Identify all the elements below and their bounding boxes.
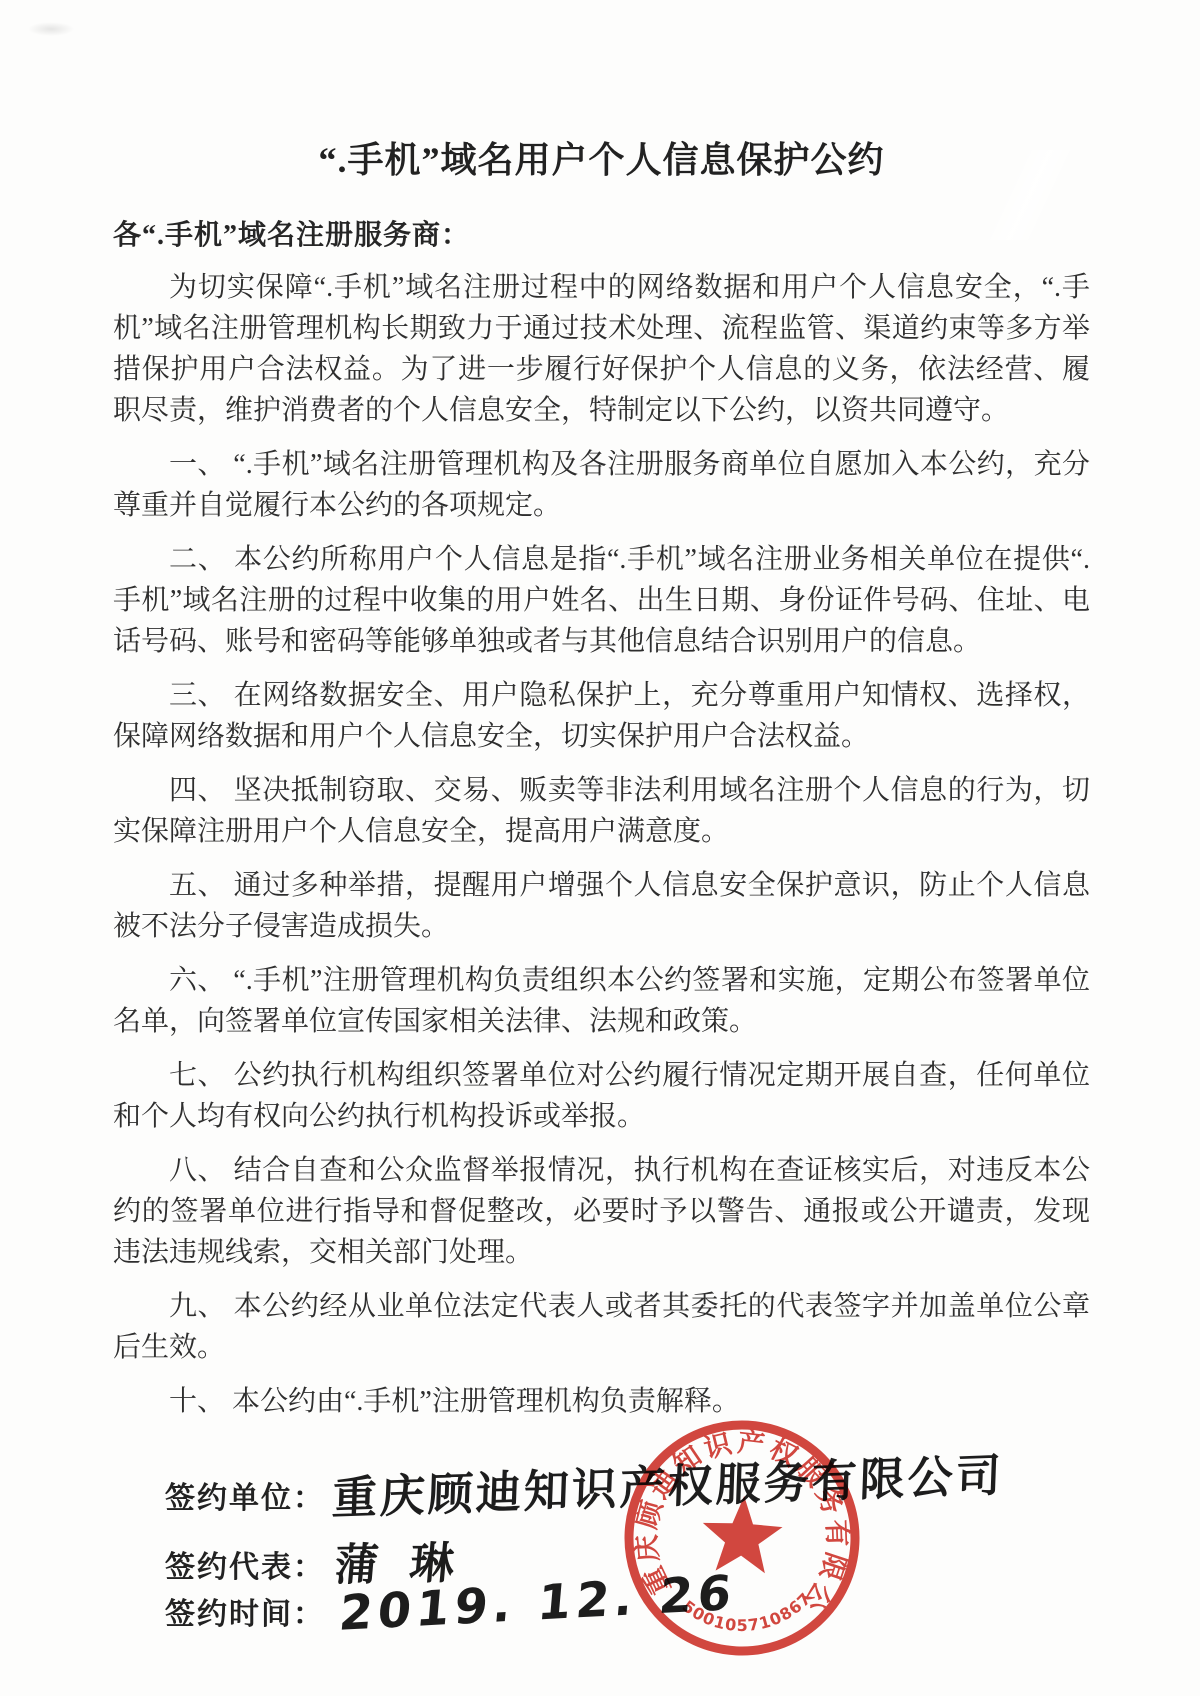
paragraph: 八、 结合自查和公众监督举报情况，执行机构在查证核实后，对违反本公约的签署单位进… (113, 1150, 1090, 1273)
scan-artifact-smudge (28, 22, 74, 36)
paragraph: 二、 本公约所称用户个人信息是指“.手机”域名注册业务相关单位在提供“.手机”域… (113, 539, 1090, 662)
document-body: 为切实保障“.手机”域名注册过程中的网络数据和用户个人信息安全，“.手机”域名注… (113, 267, 1090, 1422)
document-content: “.手机”域名用户个人信息保护公约 各“.手机”域名注册服务商： 为切实保障“.… (113, 132, 1090, 1435)
seal-star-icon (700, 1494, 784, 1574)
document-title: “.手机”域名用户个人信息保护公约 (113, 132, 1090, 183)
paragraph: 四、 坚决抵制窃取、交易、贩卖等非法利用域名注册个人信息的行为，切实保障注册用户… (113, 770, 1090, 852)
signing-representative-label: 签约代表： (165, 1551, 325, 1584)
paragraph: 十、 本公约由“.手机”注册管理机构负责解释。 (113, 1381, 1090, 1422)
signing-date-label: 签约时间： (165, 1598, 325, 1631)
company-seal: 重庆顾迪知识产权服务有限公司 5001057108670 (614, 1410, 870, 1666)
paragraph: 五、 通过多种举措，提醒用户增强个人信息安全保护意识，防止个人信息被不法分子侵害… (113, 865, 1090, 947)
paragraph: 一、 “.手机”域名注册管理机构及各注册服务商单位自愿加入本公约，充分尊重并自觉… (113, 444, 1090, 526)
paragraph: 为切实保障“.手机”域名注册过程中的网络数据和用户个人信息安全，“.手机”域名注… (113, 267, 1090, 431)
signing-unit-row: 签约单位：重庆顾迪知识产权服务有限公司 (165, 1462, 1003, 1527)
salutation-line: 各“.手机”域名注册服务商： (113, 213, 1090, 253)
company-seal-graphic: 重庆顾迪知识产权服务有限公司 5001057108670 (614, 1410, 870, 1666)
paragraph: 九、 本公约经从业单位法定代表人或者其委托的代表签字并加盖单位公章后生效。 (113, 1286, 1090, 1368)
scanned-document-page: “.手机”域名用户个人信息保护公约 各“.手机”域名注册服务商： 为切实保障“.… (0, 0, 1200, 1696)
paragraph: 七、 公约执行机构组织签署单位对公约履行情况定期开展自查，任何单位和个人均有权向… (113, 1055, 1090, 1137)
signing-unit-label: 签约单位： (165, 1482, 325, 1515)
paragraph: 三、 在网络数据安全、用户隐私保护上，充分尊重用户知情权、选择权，保障网络数据和… (113, 675, 1090, 757)
paragraph: 六、 “.手机”注册管理机构负责组织本公约签署和实施，定期公布签署单位名单，向签… (113, 960, 1090, 1042)
